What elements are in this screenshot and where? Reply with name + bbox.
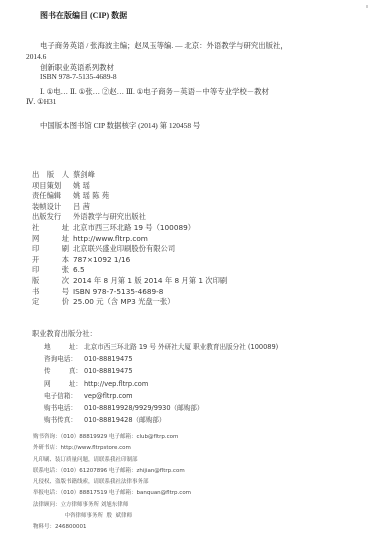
branch-value: vep@fltrp.com [84,390,133,402]
branch-row-inquiry-phone: 咨询电话： 010-88819475 [44,353,278,365]
branch-label: 地址： [44,341,82,353]
footer-purchase-inquiry: 购书咨询：（010）88819929 电子邮箱：club@fltrp.com [33,432,191,443]
credit-row-design: 装帧设计 吕 茜 [32,202,227,213]
credit-label: 印张 [32,265,69,276]
credit-row-edition: 版次 2014 年 8 月第 1 版 2014 年 8 月第 1 次印刷 [32,276,227,287]
branch-row-order-phone: 购书电话： 010-88819928/9929/9930（邮购部） [44,402,278,414]
credit-value: 787×1092 1/16 [73,255,130,266]
cip-isbn: ISBN 978-7-5135-4689-8 [40,72,117,81]
credit-label: 开本 [32,255,69,266]
credit-value: ISBN 978-7-5135-4689-8 [73,287,163,298]
credit-value: 姚 瑶 陈 苑 [73,191,109,202]
credit-row-publisher: 出版人 蔡剑峰 [32,170,227,181]
branch-contact-info: 地址： 北京市西三环北路 19 号 外研社大厦 职业教育出版分社 (100089… [44,341,278,426]
footer-notices: 购书咨询：（010）88819929 电子邮箱：club@fltrp.com 外… [33,432,191,534]
cip-number: 中国版本图书馆 CIP 数据核字 (2014) 第 120458 号 [40,120,200,131]
branch-value: 010-88819428（邮购部） [84,414,166,426]
credit-label: 出版发行 [32,212,69,223]
branch-label: 购书传真： [44,414,82,426]
cip-classification-line1: Ⅰ. ①电… Ⅱ. ①张… ②赵… Ⅲ. ①电子商务－英语－中等专业学校－教材 [40,86,269,97]
branch-title: 职业教育出版分社： [32,329,97,339]
credit-label: 书号 [32,287,69,298]
credit-row-price: 定价 25.00 元（含 MP3 光盘一张） [32,297,227,308]
footer-piracy: 凡侵权、盗版书籍线索，请联系我社法律事务部 [33,477,191,488]
credit-label: 装帧设计 [32,202,69,213]
credit-row-printer: 印刷 北京联兴盛业印刷股份有限公司 [32,244,227,255]
branch-label: 电子信箱： [44,390,82,402]
credit-value: 蔡剑峰 [73,170,95,181]
cip-entry-line1: 电子商务英语 / 张海波主编；赵凤玉等编. — 北京：外语教学与研究出版社， [40,40,288,51]
credit-row-sheets: 印张 6.5 [32,265,227,276]
credit-value: 北京联兴盛业印刷股份有限公司 [73,244,175,255]
credit-label: 项目策划 [32,181,69,192]
credit-label: 版次 [32,276,69,287]
scan-mark [366,5,368,8]
footer-print-quality: 凡印刷、装订质量问题，请联系我社印制部 [33,455,191,466]
branch-label: 咨询电话： [44,353,82,365]
branch-label: 购书电话： [44,402,82,414]
credit-label: 社址 [32,223,69,234]
cip-entry-line2: 2014.6 [26,52,46,61]
footer-material-number: 物料号：246800001 [33,522,191,533]
credit-label: 出版人 [32,170,69,181]
branch-label: 网址： [44,378,82,390]
branch-value: http://vep.fltrp.com [84,378,148,390]
branch-value: 010-88819928/9929/9930（邮购部） [84,402,204,414]
branch-row-email: 电子信箱： vep@fltrp.com [44,390,278,402]
credit-value: 姚 瑶 [73,181,90,192]
credit-row-editor: 责任编辑 姚 瑶 陈 苑 [32,191,227,202]
credit-value: 外语教学与研究出版社 [73,212,146,223]
credit-value: 2014 年 8 月第 1 版 2014 年 8 月第 1 次印刷 [73,276,227,287]
cip-classification-line2: Ⅳ. ①H31 [26,97,56,106]
footer-piracy-contact: 举报电话：（010）88817519 电子邮箱：banquan@fltrp.co… [33,488,191,499]
credit-label: 印刷 [32,244,69,255]
footer-bookstore: 外研书店：http://www.fltrpstore.com [33,443,191,454]
credit-row-isbn: 书号 ISBN 978-7-5135-4689-8 [32,287,227,298]
credit-label: 责任编辑 [32,191,69,202]
branch-value: 北京市西三环北路 19 号 外研社大厦 职业教育出版分社 (100089) [84,341,278,353]
credit-row-website: 网址 http://www.fltrp.com [32,234,227,245]
credit-row-address: 社址 北京市西三环北路 19 号（100089） [32,223,227,234]
credit-value: 吕 茜 [73,202,90,213]
footer-legal-counsel-2: 中咨律师事务所 殷 斌律师 [33,511,191,522]
credit-row-project-planner: 项目策划 姚 瑶 [32,181,227,192]
branch-row-address: 地址： 北京市西三环北路 19 号 外研社大厦 职业教育出版分社 (100089… [44,341,278,353]
credit-row-format: 开本 787×1092 1/16 [32,255,227,266]
credit-label: 定价 [32,297,69,308]
credit-value: 25.00 元（含 MP3 光盘一张） [73,297,175,308]
branch-label: 传真： [44,365,82,377]
branch-row-fax: 传真： 010-88819475 [44,365,278,377]
credit-value: 北京市西三环北路 19 号（100089） [73,223,195,234]
branch-row-website: 网址： http://vep.fltrp.com [44,378,278,390]
credit-row-distribution: 出版发行 外语教学与研究出版社 [32,212,227,223]
credit-value: http://www.fltrp.com [73,234,148,245]
footer-legal-counsel-1: 法律顾问：立方律师事务所 刘旭东律师 [33,500,191,511]
branch-row-order-fax: 购书传真： 010-88819428（邮购部） [44,414,278,426]
publisher-credits: 出版人 蔡剑峰 项目策划 姚 瑶 责任编辑 姚 瑶 陈 苑 装帧设计 吕 茜 出… [32,170,227,308]
branch-value: 010-88819475 [84,365,133,377]
branch-value: 010-88819475 [84,353,133,365]
credit-label: 网址 [32,234,69,245]
credit-value: 6.5 [73,265,85,276]
footer-print-contact: 联系电话：（010）61207896 电子邮箱：zhijian@fltrp.co… [33,466,191,477]
cip-title: 图书在版编目 (CIP) 数据 [40,10,127,21]
